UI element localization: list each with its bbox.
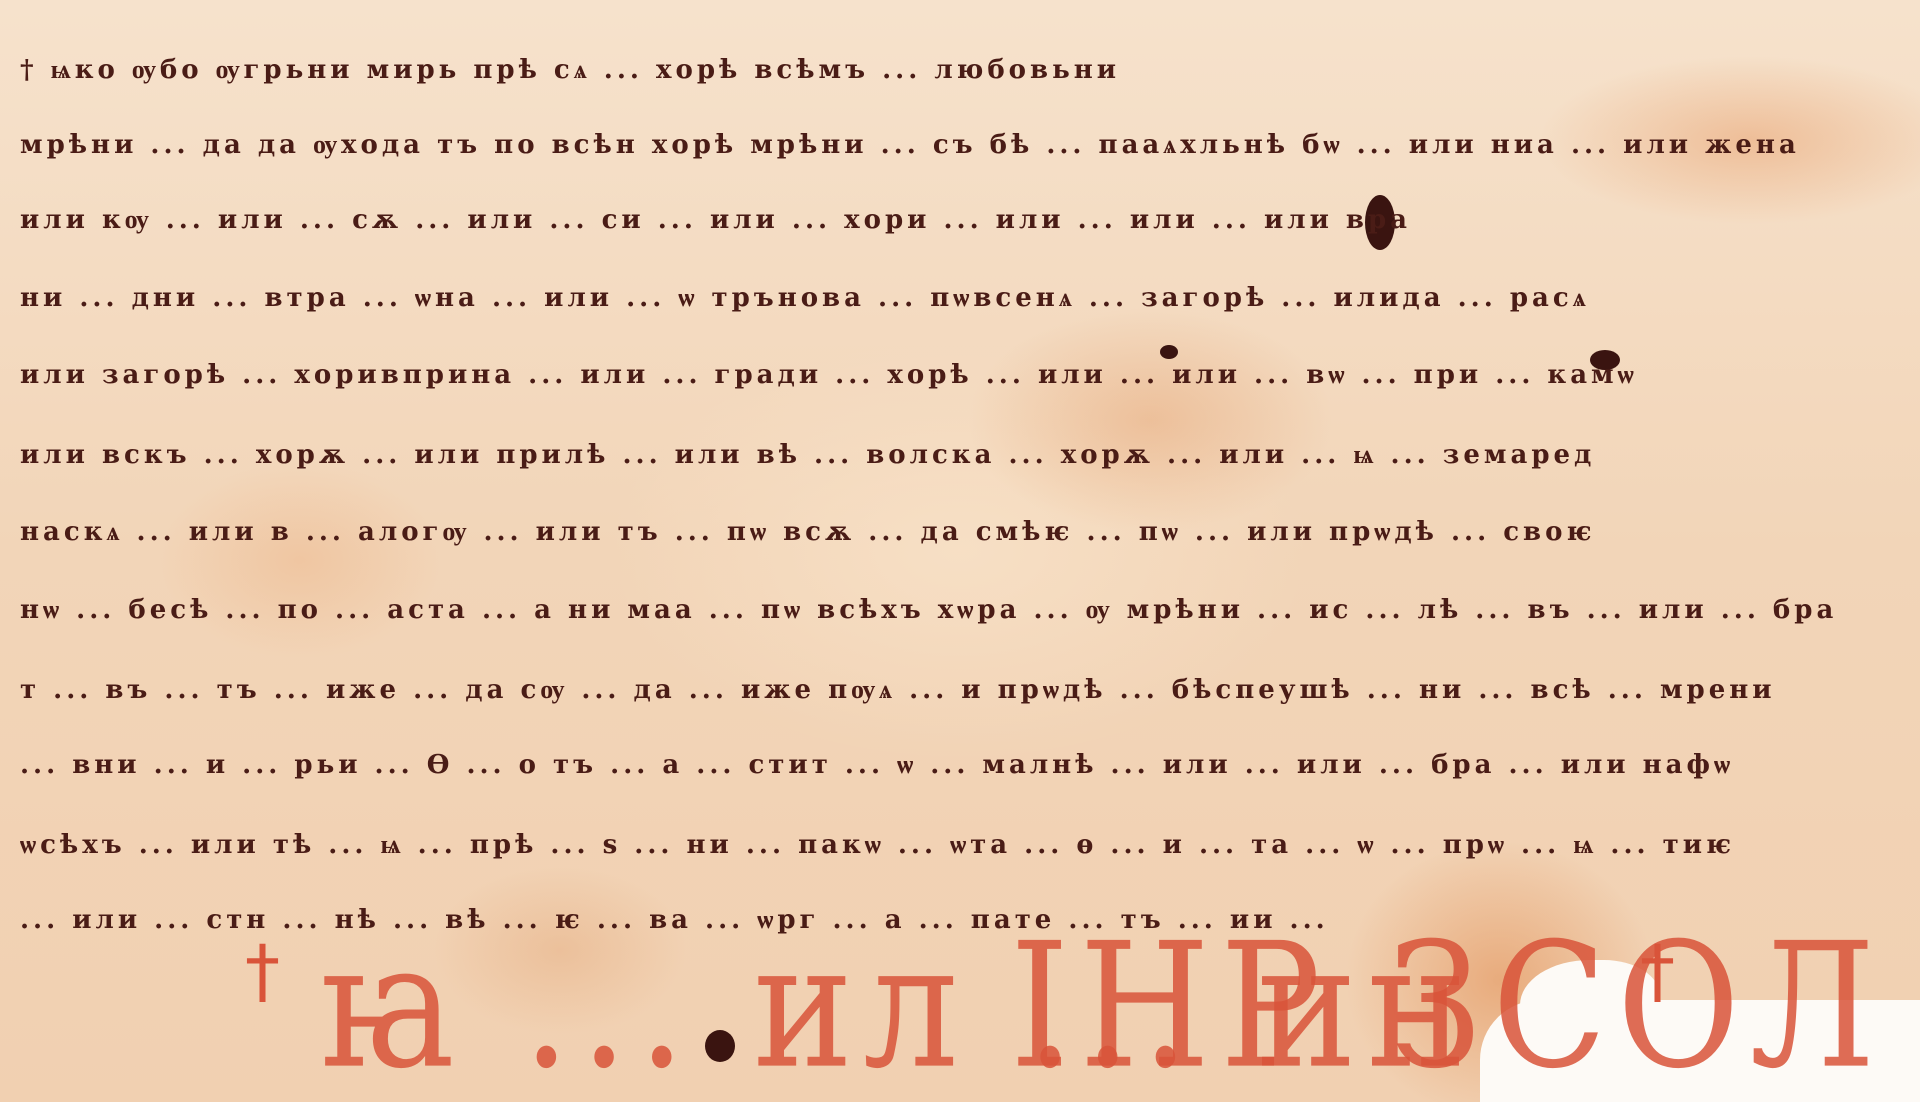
text-line: ѡсѣхъ ... или тѣ ... ѩ ... прѣ ... ѕ ...… — [20, 830, 1735, 860]
text-line: т ... въ ... тъ ... иже ... да сѹ ... да… — [20, 675, 1776, 705]
manuscript-page: † ѩко ѹбо ѹгрьни мирь прѣ сѧ ... хорѣ вс… — [0, 0, 1920, 1102]
signature-cross-icon: † — [245, 930, 280, 1012]
text-line: ... вни ... и ... рьи ... Ѳ ... о тъ ...… — [20, 750, 1734, 780]
text-line: † ѩко ѹбо ѹгрьни мирь прѣ сѧ ... хорѣ вс… — [20, 55, 1120, 85]
text-line: или вскъ ... хорѫ ... или прилѣ ... или … — [20, 440, 1595, 470]
text-line: наскѧ ... или в ... алогѹ ... или тъ ...… — [20, 517, 1596, 547]
text-line: ни ... дни ... втра ... ѡна ... или ... … — [20, 283, 1590, 313]
signature-right: ІНР ЗСОЛ — [1010, 907, 1885, 1102]
ink-blot — [1160, 345, 1178, 359]
text-line: мрѣни ... да да ѹхода тъ по всѣн хорѣ мр… — [20, 130, 1800, 160]
text-line: или загорѣ ... хоривприна ... или ... гр… — [20, 360, 1638, 390]
text-line: или кѹ ... или ... сѫ ... или ... си ...… — [20, 205, 1411, 235]
signature-cross-icon: † — [1640, 930, 1675, 1012]
text-line: нѡ ... бесѣ ... по ... аста ... а ни маа… — [20, 595, 1837, 625]
